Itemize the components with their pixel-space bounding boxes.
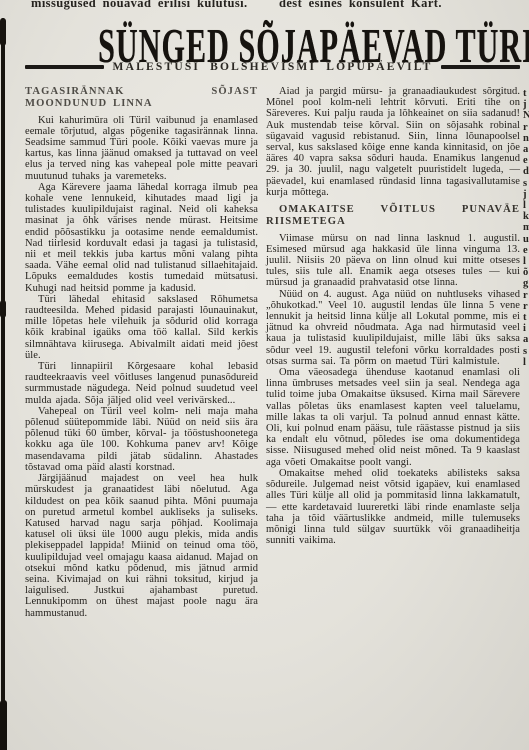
paragraph: Aga Kärevere jaama lähedal korraga ilmub… <box>25 182 258 294</box>
paragraph: Vahepeal on Türil veel kolm- neli maja m… <box>25 406 258 473</box>
paragraph: Omakaitse mehed olid toekateks abilistek… <box>266 468 520 546</box>
paragraph: Aiad ja pargid mürsu- ja granaadiaukudes… <box>266 86 520 198</box>
previous-article-fragment-left: missugused nõuavad erilisi kulutusi. <box>31 0 248 12</box>
paragraph: Järgijäänud majadest on veel hea hulk mü… <box>25 473 258 619</box>
article-subtitle-row: MÄLESTUSI BOLSHEVISMI LÕPUPÄEVILT <box>25 60 520 74</box>
paragraph: Viimase mürsu on nad linna lasknud 1. au… <box>266 233 520 289</box>
paragraph: Kui kahurimüra oli Türil vaibunud ja ena… <box>25 115 258 182</box>
clipped-next-column-text: t j N r n a e d s j l k m u e l õ g r r … <box>523 88 529 378</box>
column-divider-rule-left <box>1 18 5 750</box>
subtitle-rule-left <box>25 65 104 69</box>
subtitle-rule-right <box>441 65 520 69</box>
article-subtitle-text: MÄLESTUSI BOLSHEVISMI LÕPUPÄEVILT <box>113 61 433 73</box>
paragraph: Türi linnapiiril Kõrgesaare kohal lebasi… <box>25 361 258 406</box>
previous-article-fragment-right: dest esines konsulent Kart. <box>279 0 442 12</box>
paragraph: Nüüd on 4. august. Aga nüüd on nuhtlusek… <box>266 289 520 367</box>
column-divider-rule-left-foot <box>0 700 7 750</box>
paragraph: Oma väeosadega ühenduse kaotanud enamlas… <box>266 367 520 468</box>
newspaper-page: missugused nõuavad erilisi kulutusi. des… <box>0 0 529 750</box>
body-column-right: Aiad ja pargid mürsu- ja granaadiaukudes… <box>266 86 520 546</box>
section-heading-return-to-town: TAGASIRÄNNAK SÕJAST MOONDUNUD LINNA <box>25 86 258 110</box>
paragraph: Türi lähedal ehitasid sakslased Rõhumets… <box>25 294 258 361</box>
body-column-left: TAGASIRÄNNAK SÕJAST MOONDUNUD LINNA Kui … <box>25 86 258 619</box>
section-heading-omakaitse-fight: OMAKAITSE VÕITLUS PUNAVÄE RIISMETEGA <box>266 204 520 228</box>
